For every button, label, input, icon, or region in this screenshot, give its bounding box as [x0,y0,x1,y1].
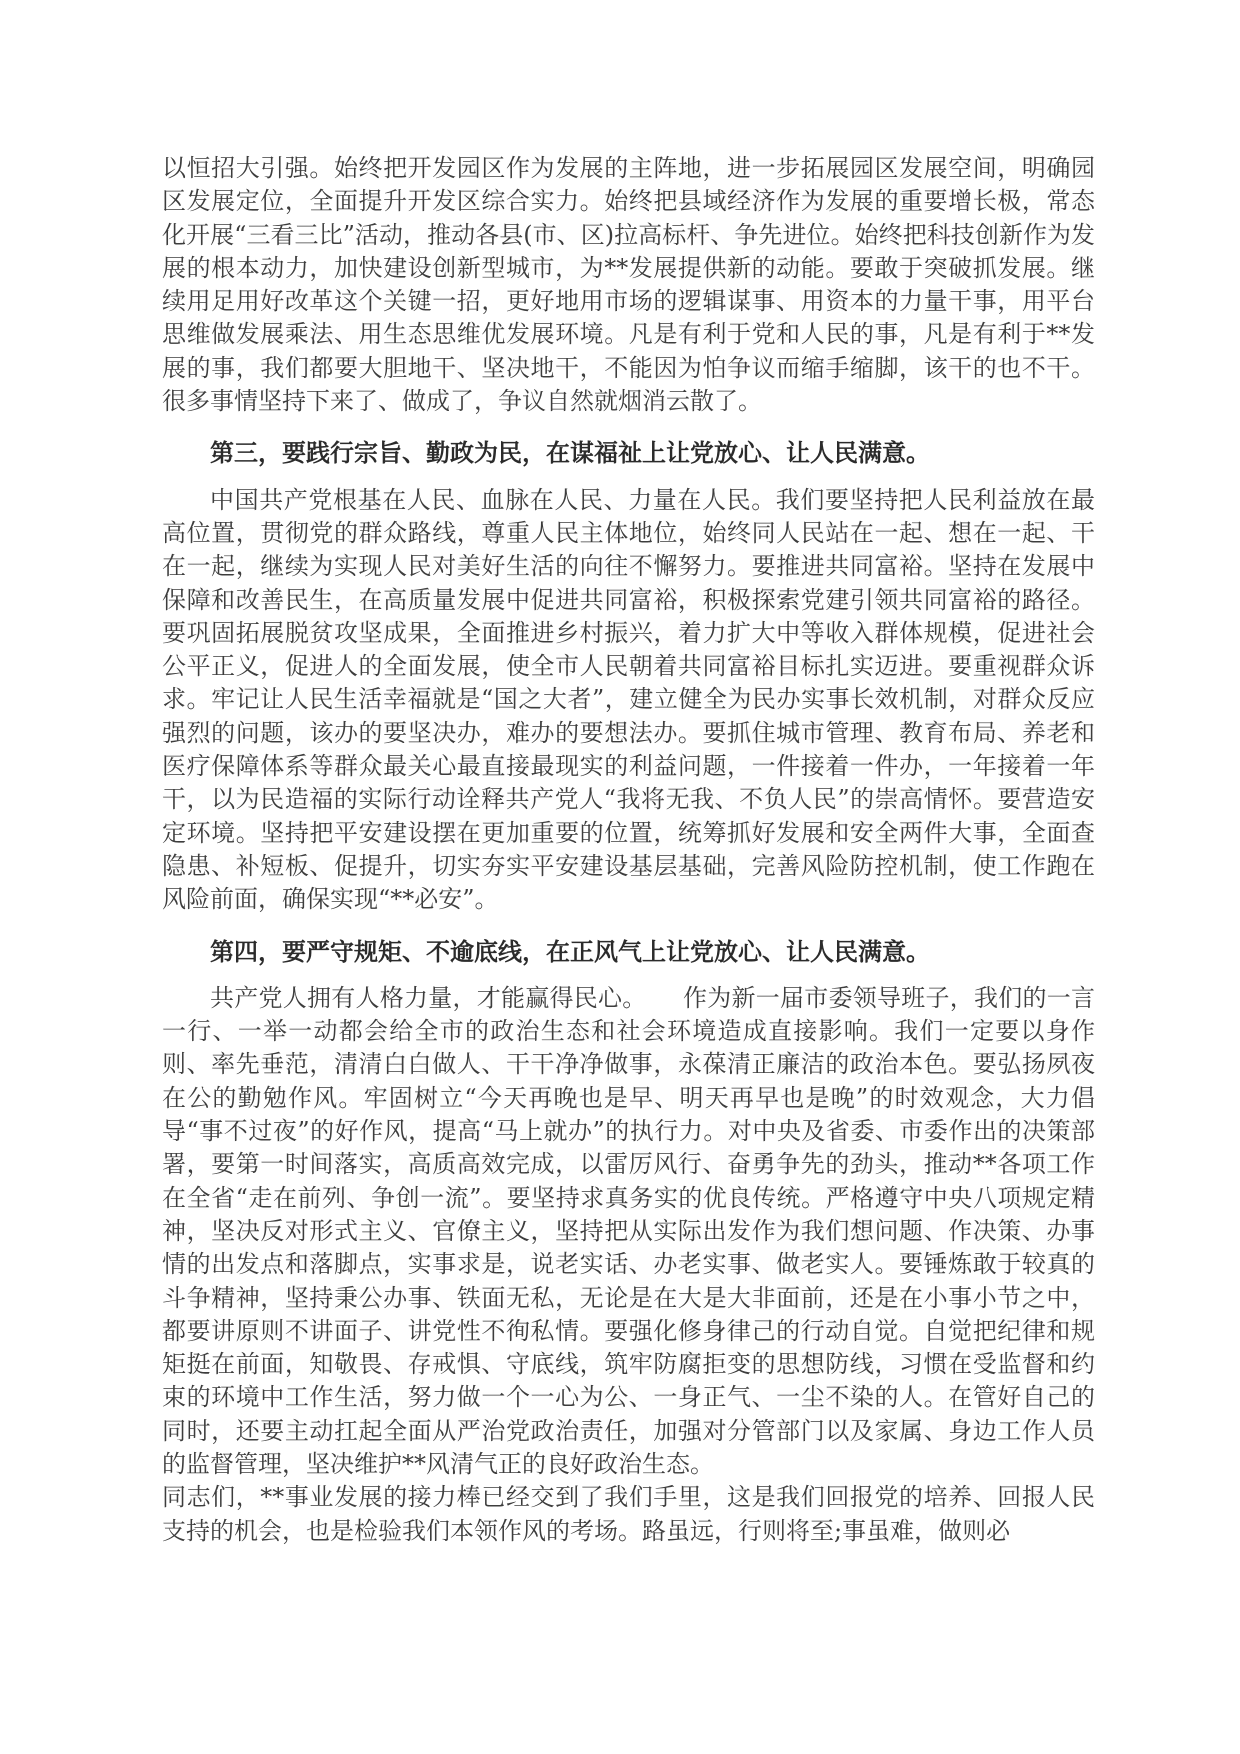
section-heading-third: 第三，要践行宗旨、勤政为民，在谋福祉上让党放心、让人民满意。 [162,437,1095,470]
paragraph-serve-people: 中国共产党根基在人民、血脉在人民、力量在人民。我们要坚持把人民利益放在最高位置，… [162,484,1095,917]
paragraph-discipline: 共产党人拥有人格力量，才能赢得民心。 作为新一届市委领导班子，我们的一言一行、一… [162,982,1095,1481]
document-page: 以恒招大引强。始终把开发园区作为发展的主阵地，进一步拓展园区发展空间，明确园区发… [0,0,1240,1754]
paragraph-closing: 同志们，**事业发展的接力棒已经交到了我们手里，这是我们回报党的培养、回报人民支… [162,1481,1095,1548]
paragraph-continuation: 以恒招大引强。始终把开发园区作为发展的主阵地，进一步拓展园区发展空间，明确园区发… [162,152,1095,418]
document-body: 以恒招大引强。始终把开发园区作为发展的主阵地，进一步拓展园区发展空间，明确园区发… [162,152,1095,1548]
section-heading-fourth: 第四，要严守规矩、不逾底线，在正风气上让党放心、让人民满意。 [162,936,1095,969]
